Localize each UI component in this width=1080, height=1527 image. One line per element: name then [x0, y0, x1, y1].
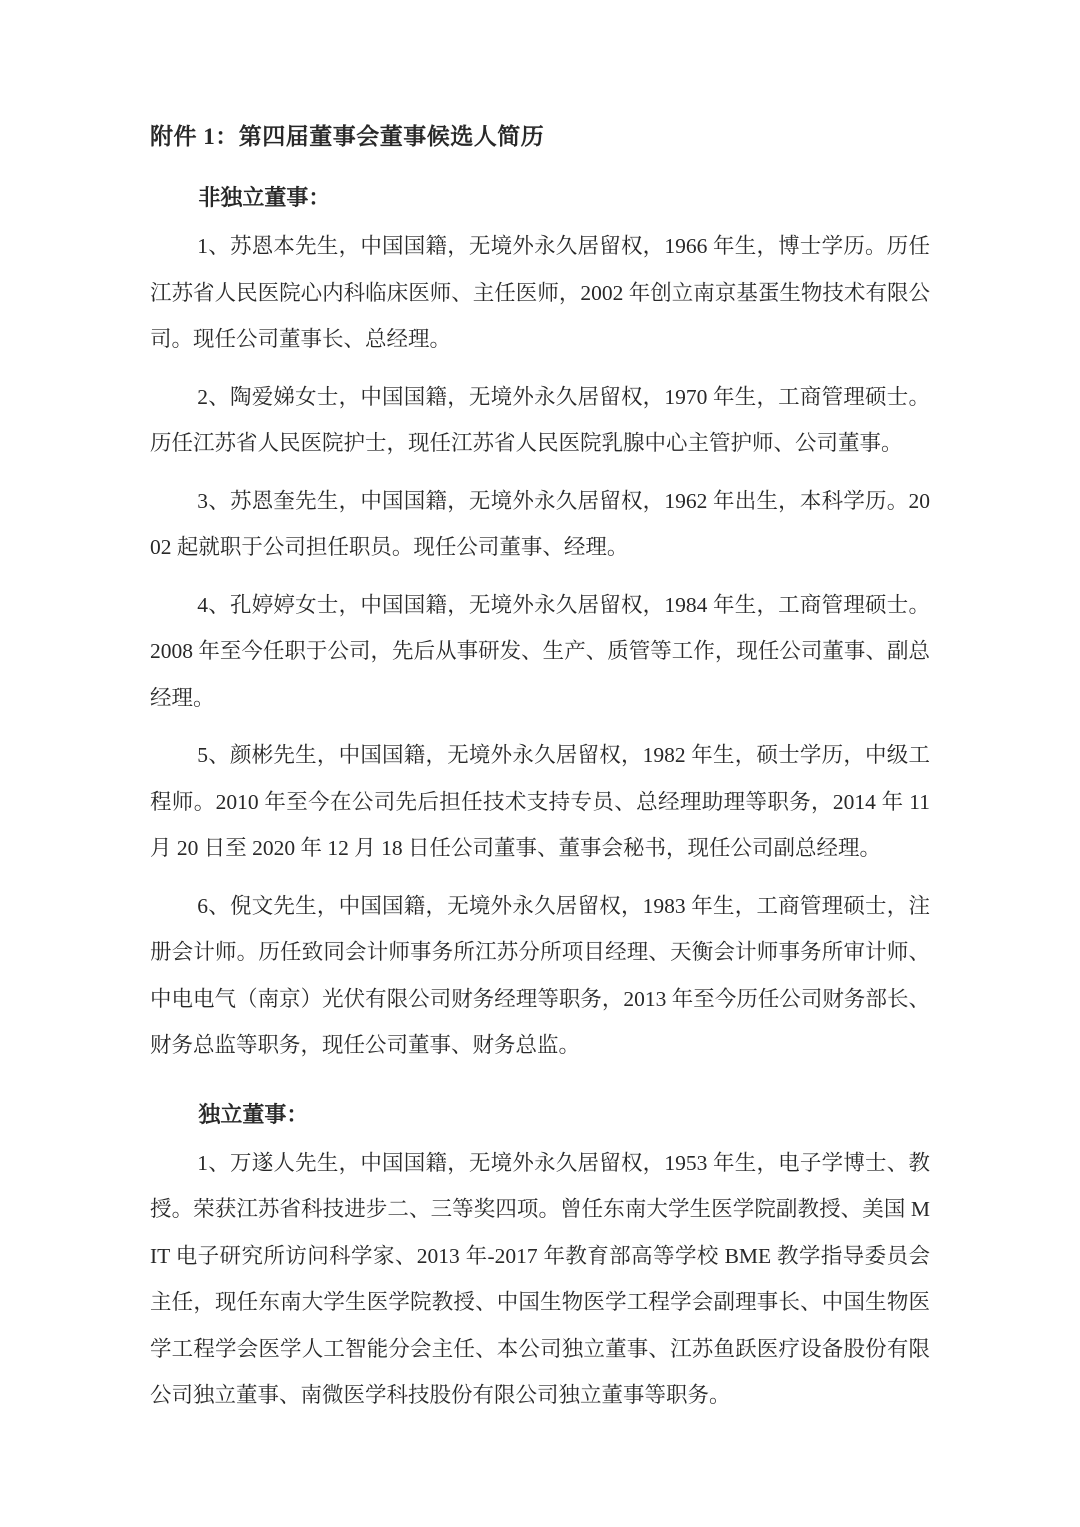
- bio-non-independent-director-5: 5、颜彬先生，中国国籍，无境外永久居留权，1982 年生，硕士学历，中级工程师。…: [150, 732, 930, 872]
- bio-non-independent-director-6: 6、倪文先生，中国国籍，无境外永久居留权，1983 年生，工商管理硕士，注册会计…: [150, 883, 930, 1069]
- bio-independent-director-1: 1、万遂人先生，中国国籍，无境外永久居留权，1953 年生，电子学博士、教授。荣…: [150, 1140, 930, 1419]
- document-title: 附件 1：第四届董事会董事候选人简历: [150, 122, 930, 152]
- bio-non-independent-director-4: 4、孔婷婷女士，中国国籍，无境外永久居留权，1984 年生，工商管理硕士。200…: [150, 582, 930, 722]
- section-heading-independent-directors: 独立董事：: [150, 1101, 930, 1129]
- document-page: 附件 1：第四届董事会董事候选人简历 非独立董事： 1、苏恩本先生，中国国籍，无…: [0, 0, 1080, 1527]
- bio-non-independent-director-1: 1、苏恩本先生，中国国籍，无境外永久居留权，1966 年生，博士学历。历任江苏省…: [150, 223, 930, 363]
- bio-non-independent-director-2: 2、陶爱娣女士，中国国籍，无境外永久居留权，1970 年生，工商管理硕士。历任江…: [150, 374, 930, 467]
- section-heading-non-independent-directors: 非独立董事：: [150, 184, 930, 212]
- bio-non-independent-director-3: 3、苏恩奎先生，中国国籍，无境外永久居留权，1962 年出生，本科学历。2002…: [150, 478, 930, 571]
